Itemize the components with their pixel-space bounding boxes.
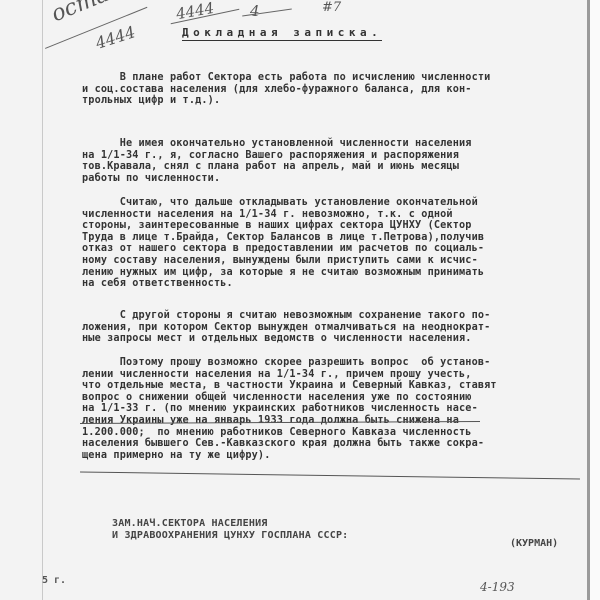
handwritten-date: 4-193 (480, 580, 515, 594)
document-title: Докладная записка. (182, 26, 382, 41)
margin-line (42, 0, 43, 600)
paragraph: С другой стороны я считаю невозможным со… (82, 310, 587, 345)
paragraph: Не имея окончательно установленной числе… (82, 138, 587, 184)
handwritten-mark: 4444 (175, 0, 216, 23)
signature-block: ЗАМ.НАЧ.СЕКТОРА НАСЕЛЕНИЯ И ЗДРАВООХРАНЕ… (112, 518, 348, 542)
paragraph: В плане работ Сектора есть работа по исч… (82, 72, 587, 107)
handwritten-mark: 4 (250, 2, 260, 20)
handwritten-corner-note: остав. (48, 0, 131, 27)
handwritten-number: #7 (322, 0, 341, 15)
scan-border (590, 0, 600, 600)
signature-name: (КУРМАН) (510, 538, 558, 549)
footer-note: 5 г. (42, 575, 66, 586)
document-page: остав. 4444 4444 4 #7 Докладная записка.… (0, 0, 600, 600)
paragraph: Считаю, что дальше откладывать установле… (82, 197, 587, 290)
pen-underline (80, 472, 580, 480)
paragraph: Поэтому прошу возможно скорее разрешить … (82, 357, 587, 461)
